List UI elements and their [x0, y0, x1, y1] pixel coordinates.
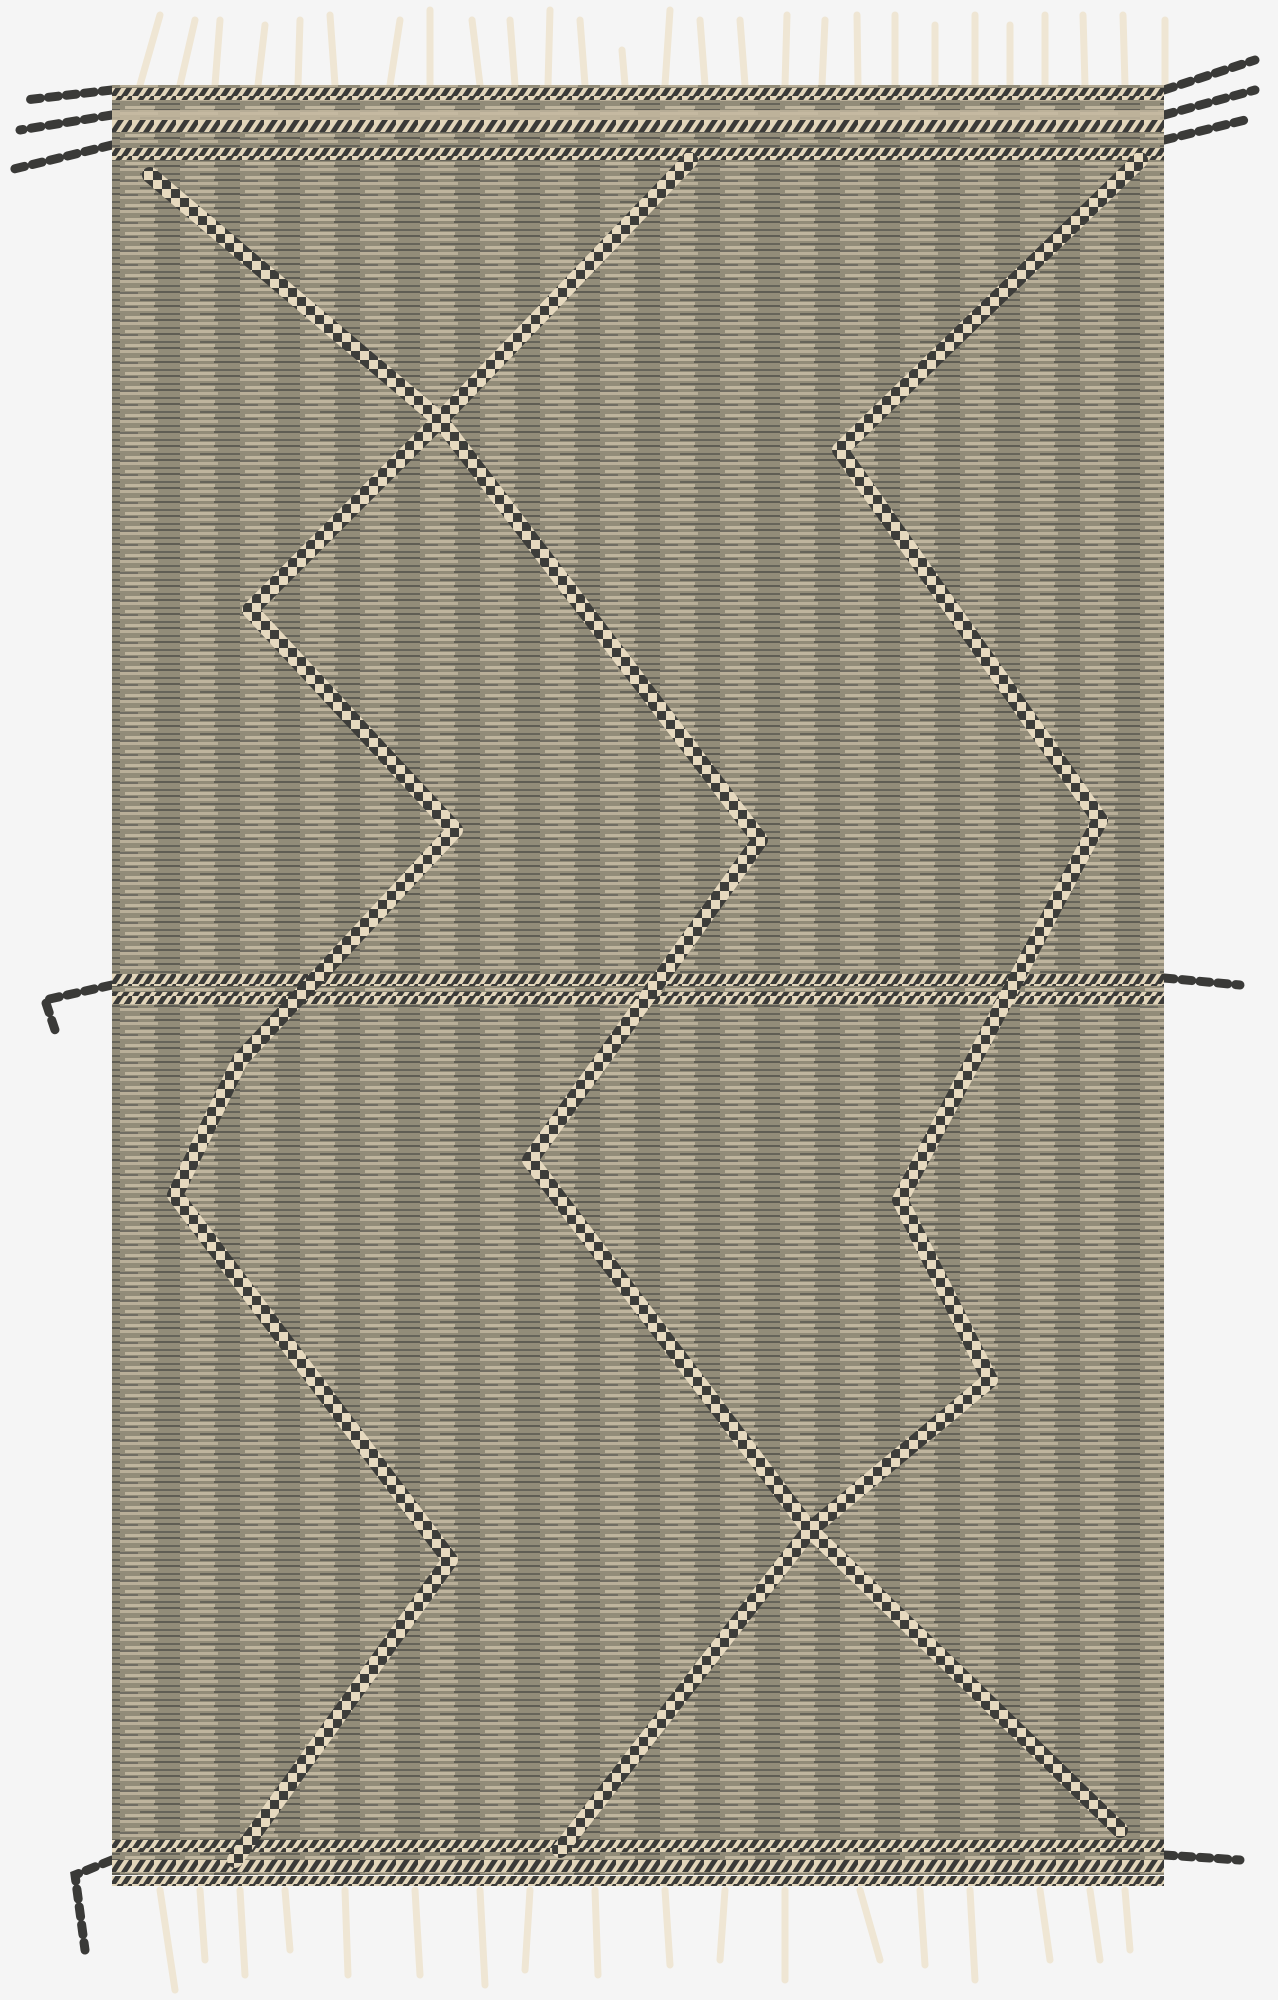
- top-braid-1: [112, 88, 1164, 100]
- bottom-braid-2: [112, 1860, 1164, 1872]
- top-fringe: [140, 10, 1165, 85]
- rug-photo: [0, 0, 1278, 2000]
- top-braid-3: [112, 148, 1164, 160]
- bottom-fringe: [160, 1890, 1130, 1990]
- bottom-braid-1: [112, 1840, 1164, 1852]
- top-braid-2: [112, 120, 1164, 132]
